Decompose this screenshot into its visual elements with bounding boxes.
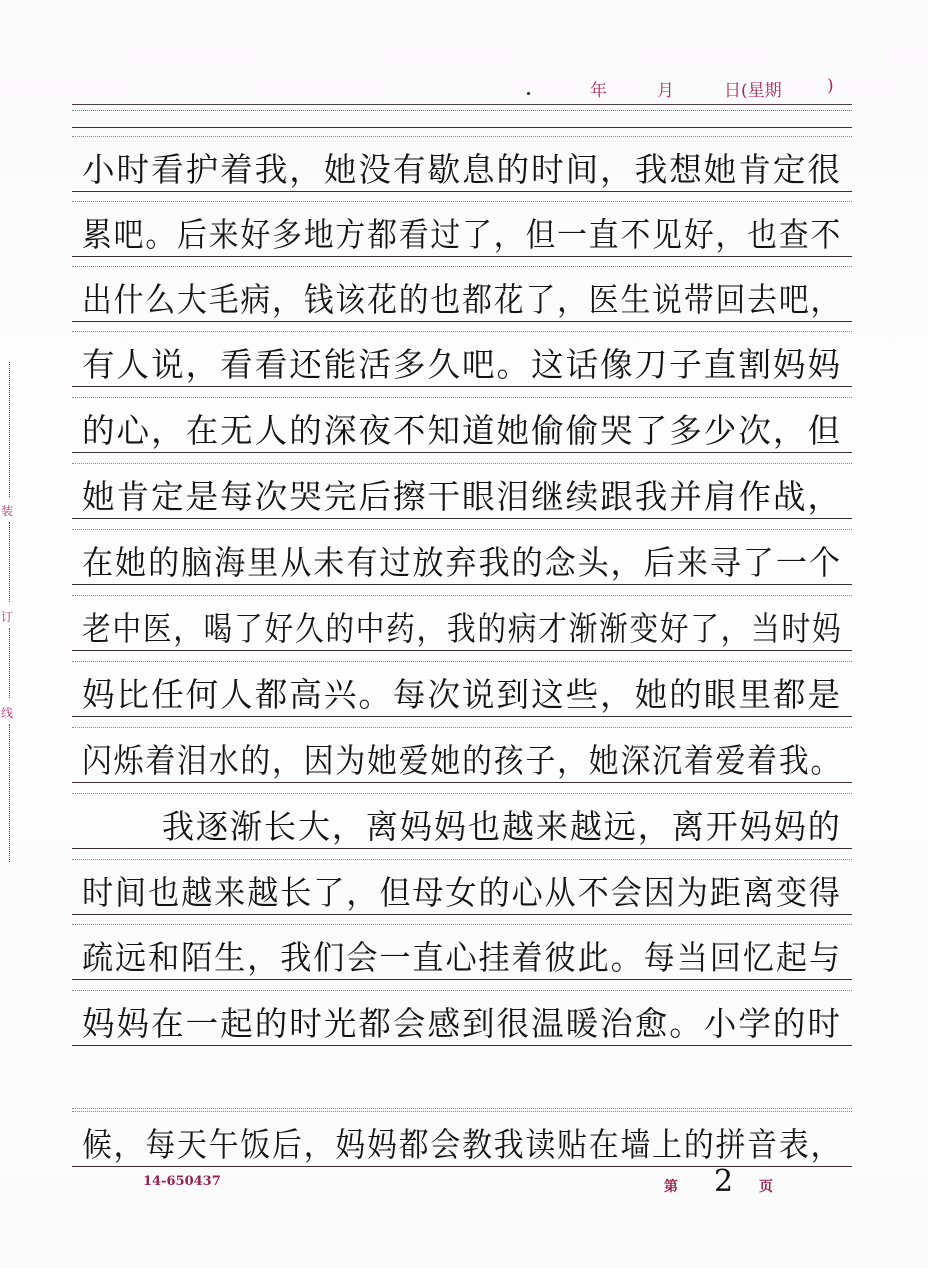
baseline-rule xyxy=(72,518,852,519)
baseline-rule xyxy=(72,191,852,192)
binding-label-ding: 订 xyxy=(1,608,13,625)
baseline-rule xyxy=(72,1045,852,1046)
dotted-guide xyxy=(72,529,852,530)
line-text: 妈妈在一起的时光都会感到很温暖治愈。小学的时 xyxy=(82,1004,842,1044)
baseline-rule xyxy=(72,1166,852,1167)
header-rule xyxy=(72,104,852,105)
dotted-guide xyxy=(72,136,852,137)
page-number-footer: 第 2 页 xyxy=(664,1168,784,1198)
text-line: 我逐渐长大，离妈妈也越来越远，离开妈妈的 xyxy=(72,785,852,849)
line-text: 小时看护着我，她没有歇息的时间，我想她肯定很 xyxy=(82,150,842,190)
text-line: 闪烁着泪水的，因为她爱她的孩子，她深沉着爱着我。 xyxy=(72,719,852,783)
baseline-rule xyxy=(72,256,852,257)
text-line: 的心，在无人的深夜不知道她偷偷哭了多少次，但 xyxy=(72,389,852,453)
binding-label-xian: 线 xyxy=(1,704,13,721)
line-text: 闪烁着泪水的，因为她爱她的孩子，她深沉着爱着我。 xyxy=(82,741,842,781)
baseline-rule xyxy=(72,914,852,915)
date-header: 年 月 日(星期 ) xyxy=(72,74,852,104)
baseline-rule xyxy=(72,782,852,783)
notebook-code: 14-650437 xyxy=(143,1174,221,1189)
line-text: 候，每天午饭后，妈妈都会教我读贴在墙上的拼音表， xyxy=(82,1125,842,1165)
binding-dotted-line xyxy=(9,362,10,497)
line-text: 时间也越来越长了，但母女的心从不会因为距离变得 xyxy=(82,873,842,913)
line-text: 累吧。后来好多地方都看过了，但一直不见好，也查不 xyxy=(82,215,842,255)
line-text: 她肯定是每次哭完后擦干眼泪继续跟我并肩作战， xyxy=(82,477,842,517)
notebook-page: 年 月 日(星期 ) 装 订 线 小时看护着我，她没有歇息的时间，我想她肯定很 … xyxy=(0,0,928,1268)
year-label: 年 xyxy=(590,76,607,101)
dotted-guide xyxy=(72,266,852,267)
line-text: 妈比任何人都高兴。每次说到这些，她的眼里都是 xyxy=(82,675,842,715)
dotted-guide xyxy=(72,331,852,332)
line-text: 出什么大毛病，钱该花的也都花了，医生说带回去吧， xyxy=(82,280,842,320)
baseline-rule xyxy=(72,386,852,387)
text-line: 疏远和陌生，我们会一直心挂着彼此。每当回忆起与 xyxy=(72,916,852,980)
text-line: 时间也越来越长了，但母女的心从不会因为距离变得 xyxy=(72,851,852,915)
text-line: 小时看护着我，她没有歇息的时间，我想她肯定很 xyxy=(72,128,852,192)
baseline-rule xyxy=(72,650,852,651)
baseline-rule xyxy=(72,321,852,322)
text-line: 在她的脑海里从未有过放弃我的念头，后来寻了一个 xyxy=(72,521,852,585)
dotted-guide xyxy=(72,397,852,398)
baseline-rule xyxy=(72,979,852,980)
binding-dotted-line xyxy=(9,522,10,602)
binding-label-zhuang: 装 xyxy=(1,502,13,519)
page-number: 2 xyxy=(714,1164,733,1199)
dotted-guide xyxy=(72,595,852,596)
text-line: 她肯定是每次哭完后擦干眼泪继续跟我并肩作战， xyxy=(72,455,852,519)
baseline-rule xyxy=(72,452,852,453)
text-line: 有人说，看看还能活多久吧。这话像刀子直割妈妈 xyxy=(72,323,852,387)
dotted-guide xyxy=(72,793,852,794)
page-suffix: 页 xyxy=(759,1176,773,1196)
text-line: 老中医，喝了好久的中药，我的病才渐渐变好了，当时妈 xyxy=(72,587,852,651)
binding-dotted-line xyxy=(9,628,10,698)
line-text: 老中医，喝了好久的中药，我的病才渐渐变好了，当时妈 xyxy=(82,609,842,649)
header-dotted-rule xyxy=(72,110,852,111)
line-text: 的心，在无人的深夜不知道她偷偷哭了多少次，但 xyxy=(82,411,842,451)
line-text-indented: 我逐渐长大，离妈妈也越来越远，离开妈妈的 xyxy=(162,807,842,847)
dotted-guide xyxy=(72,201,852,202)
dotted-guide xyxy=(72,990,852,991)
line-text: 在她的脑海里从未有过放弃我的念头，后来寻了一个 xyxy=(82,543,842,583)
day-weekday-label: 日(星期 xyxy=(724,76,782,101)
binding-dotted-line xyxy=(9,724,10,862)
text-line: 候，每天午饭后，妈妈都会教我读贴在墙上的拼音表， xyxy=(72,1103,852,1167)
dotted-guide xyxy=(72,661,852,662)
dotted-guide xyxy=(72,1111,852,1112)
line-text: 有人说，看看还能活多久吧。这话像刀子直割妈妈 xyxy=(82,345,842,385)
text-line: 妈妈在一起的时光都会感到很温暖治愈。小学的时 xyxy=(72,982,852,1046)
text-line: 出什么大毛病，钱该花的也都花了，医生说带回去吧， xyxy=(72,258,852,322)
weekday-close-paren: ) xyxy=(827,76,834,96)
baseline-rule xyxy=(72,848,852,849)
binding-margin: 装 订 线 xyxy=(4,362,18,862)
dotted-guide xyxy=(72,727,852,728)
dotted-guide xyxy=(72,1108,852,1109)
line-text: 疏远和陌生，我们会一直心挂着彼此。每当回忆起与 xyxy=(82,938,842,978)
text-line: 妈比任何人都高兴。每次说到这些，她的眼里都是 xyxy=(72,653,852,717)
dotted-guide xyxy=(72,859,852,860)
text-line: 累吧。后来好多地方都看过了，但一直不见好，也查不 xyxy=(72,193,852,257)
dotted-guide xyxy=(72,924,852,925)
baseline-rule xyxy=(72,584,852,585)
header-dot xyxy=(527,92,530,95)
dotted-guide xyxy=(72,463,852,464)
month-label: 月 xyxy=(657,76,674,101)
page-prefix: 第 xyxy=(664,1176,678,1196)
baseline-rule xyxy=(72,716,852,717)
